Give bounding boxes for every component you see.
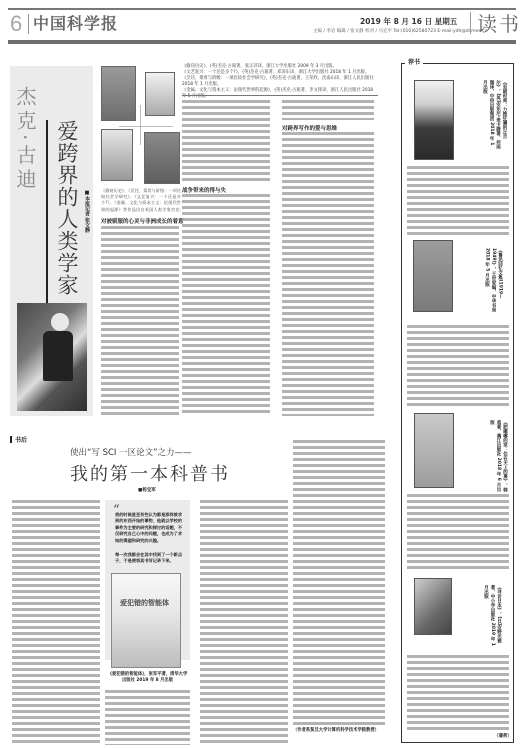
- book-cover-image: [144, 132, 180, 184]
- article-body-column: [282, 100, 374, 120]
- page-number: 6: [10, 12, 22, 36]
- feature-byline: ■本报记者 张文静: [83, 190, 91, 233]
- book-cover-image: [145, 72, 175, 116]
- subhead: 对被驯服的心灵与非洲成长的着意: [101, 217, 184, 225]
- article-body-column: [105, 690, 190, 745]
- sidebar-signature: （蒲荷）: [494, 733, 512, 739]
- book-caption: 《爱犯错的智能体》，张军平著，清华大学出版社 2019 年 8 月出版: [106, 672, 189, 684]
- pull-quote-text: 我的时候甚至有些认为都是那样被求到的东西开始的事物，他就以学校的事件为主要的研究…: [115, 512, 185, 550]
- top-rule: [8, 8, 516, 10]
- reference-item: 《金属、文化与资本主义：论现代世界的起源》，(英)杰克·古迪著，李文锋译，浙江人…: [182, 88, 378, 100]
- book-cover-darkest-hour: [414, 80, 454, 160]
- book-cover-image: [101, 129, 133, 181]
- sidebar-tag: 荐书: [405, 57, 423, 66]
- divider: [119, 126, 173, 127]
- book-review-text: [407, 325, 509, 409]
- subhead: 战争带来的得与失: [182, 186, 226, 194]
- book-caption: 《鲁迅回忆文集(1919—1949)》，王世家编，中华书局 2018 年 5 月…: [483, 248, 503, 318]
- subhead: 对跨界写作的爱与思维: [282, 124, 337, 132]
- article-body-column: [282, 132, 374, 416]
- article-body-column: [200, 500, 288, 745]
- book-review-text: [407, 166, 509, 236]
- issue-date: 2019 年 8 月 16 日 星期五: [360, 16, 457, 27]
- article-body-column: [182, 100, 270, 182]
- feature-headline: 爱跨界的人类学家: [55, 120, 79, 296]
- book-cover-image: [413, 240, 453, 312]
- section-title: 读书: [477, 12, 521, 36]
- photo-body-shape: [43, 331, 73, 381]
- article-body-column: [293, 440, 385, 725]
- section-tag: 书后: [15, 435, 27, 444]
- feature-subject-name: 杰克·古迪: [14, 86, 38, 192]
- book-review-text: [407, 655, 509, 733]
- article-body-column: [101, 226, 179, 416]
- book-caption: 《寻访日本》，[日]安野光雅著，中小学出版社 2019 年 1 月出版: [482, 585, 502, 647]
- header-bar: [8, 40, 516, 44]
- staff-credits: 主编 / 李岩 编辑 / 张文静 校对 / 马宏平 Tel:(010)62580…: [313, 28, 487, 34]
- article-body-column: [182, 194, 270, 416]
- book-cover-image: [414, 578, 452, 635]
- book-cover-image: [414, 413, 454, 488]
- divider: [182, 95, 378, 96]
- book-cover-image: [101, 66, 136, 121]
- title-rule: [46, 120, 48, 330]
- book-caption: 《至暗时刻：力挽狂澜的丘吉尔》，[英]安东尼·麦卡滕著，何雨珈译，中信出版集团 …: [481, 80, 507, 150]
- article-headline: 我的第一本科普书: [70, 460, 230, 486]
- lead-paragraph: 《偷窃历史》、《烹饪、菜肴与阶级：一项比较社会学研究》、《文艺复兴：一个还是多个…: [101, 188, 181, 212]
- book-review-text: [407, 494, 509, 572]
- article-kicker: 使出“写 SCI 一区论文”之力——: [70, 446, 192, 458]
- divider: [28, 14, 29, 34]
- pull-quote: 我的时候甚至有些认为都是那样被求到的东西开始的事物，他就以学校的事件为主要的研究…: [115, 512, 185, 565]
- pull-quote-text: 每一次我都会在其中找到了一个新点子，于是便将其书写记录下来。: [115, 552, 185, 565]
- book-cover-image: [111, 573, 181, 668]
- article-byline: ■杨宝军: [138, 487, 156, 493]
- divider: [140, 105, 141, 145]
- reference-item: 《烹饪、菜肴与阶级：一项比较社会学研究》，(英)杰克·古迪著，王荣欣、沈南山译，…: [182, 76, 378, 88]
- portrait-photo: [17, 303, 87, 411]
- book-cover-title: 爱犯错的智能体: [120, 598, 169, 608]
- divider: [470, 12, 471, 34]
- book-caption: 《肥嘟嘟的家：住在天上的事》，韩鸡著，漓江出版社 2018 年 6 月出版: [488, 420, 508, 495]
- author-note: （作者系复旦大学计算机科学技术学院教授）: [293, 728, 385, 734]
- masthead-logo: 中国科学报: [33, 14, 118, 34]
- article-body-column: [12, 500, 100, 745]
- photo-head-shape: [51, 313, 69, 331]
- tag-bar: [10, 436, 12, 443]
